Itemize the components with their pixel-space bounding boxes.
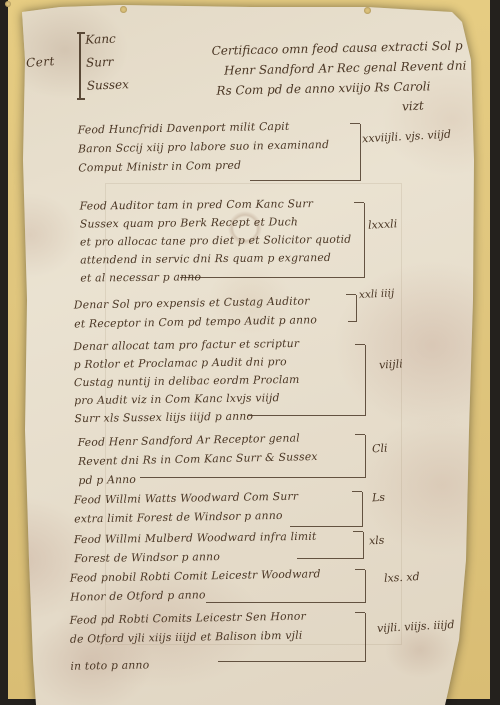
entry-amount: lxs. xd: [384, 570, 420, 585]
entry-amount: Ls: [372, 491, 386, 505]
entry-bracket: [140, 435, 366, 478]
punch-hole: [120, 6, 127, 13]
county-kanc: Kanc: [85, 27, 128, 51]
entry-bracket: [206, 570, 366, 603]
entry-bracket: [348, 295, 357, 322]
entry-bracket: [297, 532, 364, 559]
entry-amount: viijli: [379, 357, 403, 371]
cert-abbreviation: Cert: [26, 54, 56, 70]
entry-text: Denar Sol pro expensis et Custag Auditor…: [74, 290, 367, 333]
entry-bracket: [218, 613, 366, 662]
entry-bracket: [180, 203, 365, 278]
viz-abbreviation: vizt: [402, 98, 424, 113]
entry-amount: Cli: [372, 442, 388, 456]
county-surr: Surr: [86, 50, 129, 74]
punch-hole: [364, 7, 371, 14]
county-list: Kanc Surr Sussex: [85, 27, 130, 97]
certificate-heading: Certificaco omn feod causa extracti Sol …: [211, 35, 484, 101]
entry-bracket: [248, 345, 366, 416]
entry-amount: xls: [369, 534, 385, 548]
entry-bracket: [290, 492, 363, 527]
entry-amount: xxli iiij: [359, 287, 402, 302]
county-sussex: Sussex: [86, 73, 129, 97]
entry-bracket: [250, 124, 361, 181]
entry-amount: lxxxli: [368, 217, 398, 232]
